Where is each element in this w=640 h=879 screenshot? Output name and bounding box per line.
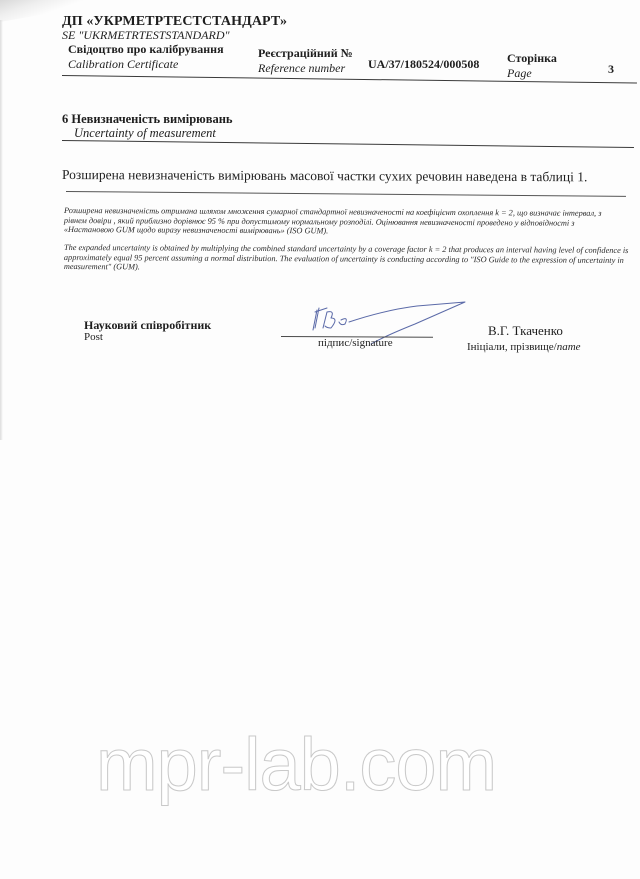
uncertainty-note-ua: Розширена невизначеність отримана шляхом… bbox=[64, 206, 624, 238]
reference-label-en: Reference number bbox=[258, 61, 345, 76]
certificate-label-en: Calibration Certificate bbox=[68, 57, 178, 72]
page-edge-shadow bbox=[0, 20, 3, 440]
page-number: 3 bbox=[608, 62, 614, 77]
org-name-en: SE "UKRMETRTESTSTANDARD" bbox=[62, 28, 230, 43]
body-divider bbox=[66, 191, 626, 197]
name-label: Ініціали, прізвище/name bbox=[467, 341, 581, 353]
page-label-en: Page bbox=[507, 66, 532, 81]
post-label-ua: Науковий співробітник bbox=[84, 318, 211, 333]
post-label-en: Post bbox=[84, 331, 103, 343]
reference-label-ua: Реєстраційний № bbox=[258, 46, 353, 61]
page-label-ua: Сторінка bbox=[507, 51, 557, 66]
reference-number: UA/37/180524/000508 bbox=[368, 57, 479, 72]
uncertainty-note-en: The expanded uncertainty is obtained by … bbox=[64, 243, 634, 275]
name-label-ua: Ініціали, прізвище/ bbox=[467, 341, 557, 353]
section-title-en: Uncertainty of measurement bbox=[74, 126, 216, 141]
signer-name: В.Г. Ткаченко bbox=[488, 323, 563, 339]
name-label-en: name bbox=[557, 341, 581, 353]
certificate-label-ua: Свідоцтво про калібрування bbox=[68, 42, 224, 57]
watermark-text: mpr-lab.com bbox=[96, 722, 496, 807]
section-body-text: Розширена невизначеність вимірювань масо… bbox=[62, 167, 587, 185]
section-title-ua: 6 Невизначеність вимірювань bbox=[62, 112, 233, 127]
header-divider bbox=[62, 75, 637, 84]
section-divider bbox=[62, 140, 634, 148]
signature-label: підпис/signature bbox=[318, 337, 393, 349]
